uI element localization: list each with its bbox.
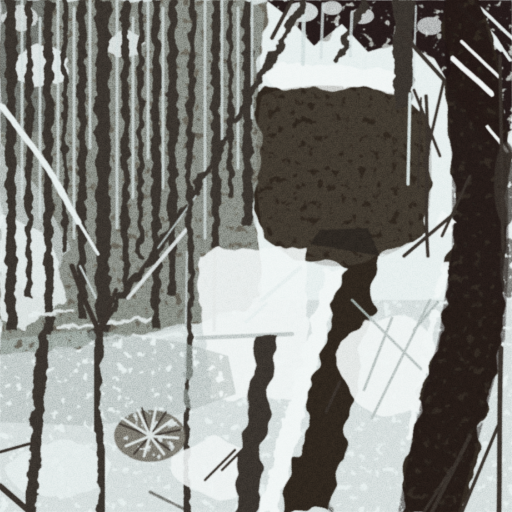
photo-canvas	[0, 0, 512, 512]
snowy-forest-photograph	[0, 0, 512, 512]
film-grain-coarse	[0, 0, 512, 512]
